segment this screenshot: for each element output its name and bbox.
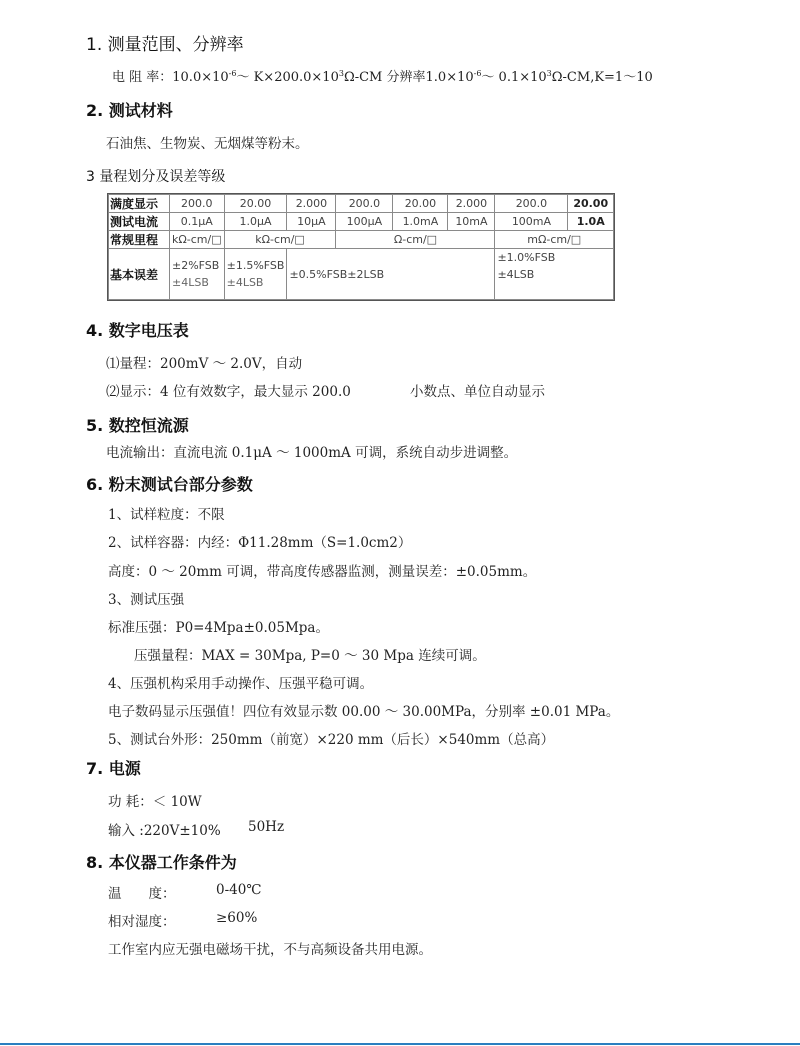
section-3-title: 3 量程划分及误差等级 [86, 166, 225, 186]
row-header: 满度显示 [109, 195, 170, 213]
table-cell: 200.0 [170, 195, 225, 213]
height-spec: 高度：0 ～ 20mm 可调，带高度传感器监测，测量误差：±0.05mm。 [108, 560, 536, 580]
error-line: ±4LSB [227, 274, 285, 291]
table-cell: 100μA [336, 213, 393, 231]
table-cell: ±1.0%FSB ±4LSB [495, 249, 614, 300]
pressure-display: 电子数码显示压强值！四位有效显示数 00.00 ～ 30.00MPa，分别率 ±… [108, 700, 619, 720]
current-output: 电流输出：直流电流 0.1μA ～ 1000mA 可调，系统自动步进调整。 [106, 441, 517, 461]
sample-container: 2、试样容器：内经：Φ11.28mm（S=1.0cm2） [108, 531, 411, 551]
error-line: ±0.5%FSB±2LSB [289, 266, 492, 283]
bottom-rule [0, 1043, 800, 1045]
table-cell: 0.1μA [170, 213, 225, 231]
table-row: 基本误差 ±2%FSB ±4LSB ±1.5%FSB ±4LSB ±0.5%FS… [109, 249, 614, 300]
range-max: ～ K×200.0×10 [236, 70, 338, 85]
table-cell: 200.0 [336, 195, 393, 213]
table-cell: 20.00 [224, 195, 287, 213]
table-row: 满度显示 200.0 20.00 2.000 200.0 20.00 2.000… [109, 195, 614, 213]
table-cell: mΩ-cm/□ [495, 231, 614, 249]
error-line: ±1.5%FSB [227, 257, 285, 274]
table-cell: ±2%FSB ±4LSB [170, 249, 225, 300]
range-min: 10.0×10 [172, 70, 228, 85]
resolution-min: 1.0×10 [426, 70, 474, 85]
section-6-title: 6. 粉末测试台部分参数 [86, 472, 253, 495]
table-cell: ±0.5%FSB±2LSB [287, 249, 495, 300]
temperature-label: 温 度： [108, 882, 176, 902]
table-cell: ±1.5%FSB ±4LSB [224, 249, 287, 300]
resistivity-label: 电 阻 率： [112, 70, 172, 85]
table-cell: 200.0 [495, 195, 568, 213]
section-7-title: 7. 电源 [86, 756, 141, 779]
error-line: ±2%FSB [172, 257, 222, 274]
power-frequency: 50Hz [248, 819, 284, 835]
section-5-title: 5. 数控恒流源 [86, 413, 189, 436]
pressure-range: 压强量程：MAX = 30Mpa, P=0 ～ 30 Mpa 连续可调。 [134, 644, 486, 664]
temperature-value: 0-40℃ [216, 882, 261, 898]
section-1-title: 1. 测量范围、分辨率 [86, 30, 244, 55]
table-row: 测试电流 0.1μA 1.0μA 10μA 100μA 1.0mA 10mA 1… [109, 213, 614, 231]
table-cell: kΩ-cm/□ [170, 231, 225, 249]
table-cell: 2.000 [287, 195, 336, 213]
range-error-table: 满度显示 200.0 20.00 2.000 200.0 20.00 2.000… [108, 194, 614, 300]
standard-pressure: 标准压强：P0=4Mpa±0.05Mpa。 [108, 616, 329, 636]
table-cell: Ω-cm/□ [336, 231, 495, 249]
row-header: 测试电流 [109, 213, 170, 231]
unit: Ω-CM,K=1～10 [552, 70, 653, 85]
resistivity-line: 电 阻 率：10.0×10-6～ K×200.0×103Ω-CM 分辨率1.0×… [112, 66, 653, 85]
table-cell: 1.0mA [393, 213, 448, 231]
pressure-mechanism: 4、压强机构采用手动操作、压强平稳可调。 [108, 672, 373, 692]
section-8-title: 8. 本仪器工作条件为 [86, 850, 237, 873]
humidity-value: ≥60% [216, 910, 257, 926]
environment-note: 工作室内应无强电磁场干扰，不与高频设备共用电源。 [108, 938, 432, 958]
table-cell: 20.00 [393, 195, 448, 213]
table-row: 常规里程 kΩ-cm/□ kΩ-cm/□ Ω-cm/□ mΩ-cm/□ [109, 231, 614, 249]
section-4-title: 4. 数字电压表 [86, 318, 189, 341]
voltmeter-range: ⑴量程：200mV ～ 2.0V，自动 [106, 352, 302, 372]
error-line: ±1.0%FSB [497, 249, 611, 266]
table-cell: 1.0μA [224, 213, 287, 231]
test-pressure: 3、测试压强 [108, 588, 184, 608]
power-consumption: 功 耗：＜ 10W [108, 790, 202, 810]
table-cell: kΩ-cm/□ [224, 231, 336, 249]
table-cell: 10μA [287, 213, 336, 231]
sample-granularity: 1、试样粒度：不限 [108, 503, 225, 523]
table-cell: 1.0A [568, 213, 614, 231]
error-line: ±4LSB [172, 274, 222, 291]
table-cell: 20.00 [568, 195, 614, 213]
table-cell: 2.000 [448, 195, 495, 213]
voltmeter-display: ⑵显示：4 位有效数字，最大显示 200.0 [106, 380, 351, 400]
unit: Ω-CM [344, 70, 382, 85]
voltmeter-auto: 小数点、单位自动显示 [410, 380, 545, 400]
materials-text: 石油焦、生物炭、无烟煤等粉末。 [106, 132, 309, 152]
resolution-label: 分辨率 [382, 70, 425, 85]
humidity-label: 相对湿度： [108, 910, 176, 930]
table-cell: 10mA [448, 213, 495, 231]
error-line: ±4LSB [497, 266, 611, 283]
test-bench-dimensions: 5、测试台外形：250mm（前宽）×220 mm（后长）×540mm（总高） [108, 728, 554, 748]
table-cell: 100mA [495, 213, 568, 231]
row-header: 常规里程 [109, 231, 170, 249]
resolution-max: ～ 0.1×10 [481, 70, 546, 85]
power-input: 输入 :220V±10% [108, 819, 221, 839]
section-2-title: 2. 测试材料 [86, 98, 173, 121]
row-header: 基本误差 [109, 249, 170, 300]
